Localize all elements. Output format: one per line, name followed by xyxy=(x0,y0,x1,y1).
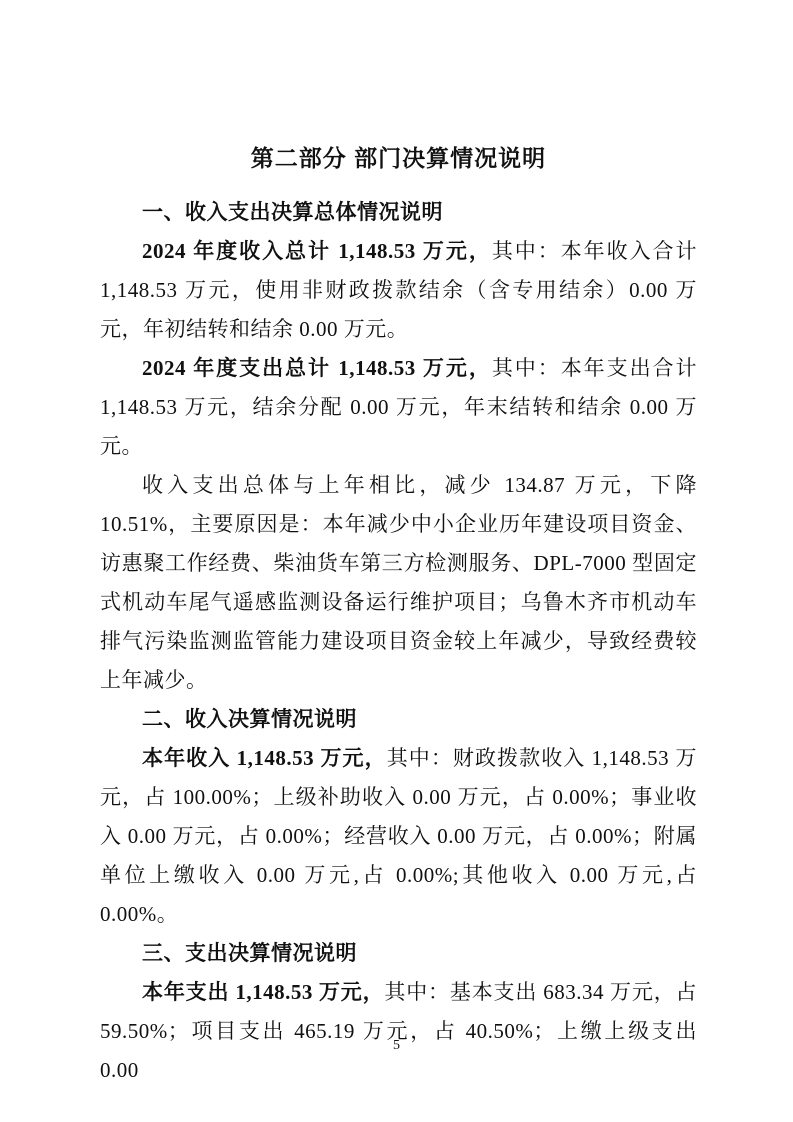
paragraph-body: 收入支出总体与上年相比，减少 134.87 万元，下降 10.51%，主要原因是… xyxy=(100,473,697,692)
document-page: 第二部分 部门决算情况说明 一、收入支出决算总体情况说明 2024 年度收入总计… xyxy=(0,0,793,1122)
page-number: 5 xyxy=(0,1038,793,1054)
document-content: 第二部分 部门决算情况说明 一、收入支出决算总体情况说明 2024 年度收入总计… xyxy=(100,138,697,1090)
paragraph-lead: 本年支出 1,148.53 万元， xyxy=(142,980,384,1004)
paragraph-yearly-comparison: 收入支出总体与上年相比，减少 134.87 万元，下降 10.51%，主要原因是… xyxy=(100,466,697,700)
section-heading-expenditure: 三、支出决算情况说明 xyxy=(100,934,697,973)
section-heading-income: 二、收入决算情况说明 xyxy=(100,700,697,739)
paragraph-lead: 2024 年度支出总计 1,148.53 万元， xyxy=(142,356,492,380)
paragraph-income-detail: 本年收入 1,148.53 万元，其中：财政拨款收入 1,148.53 万元，占… xyxy=(100,739,697,934)
document-title: 第二部分 部门决算情况说明 xyxy=(100,138,697,178)
paragraph-income-total: 2024 年度收入总计 1,148.53 万元，其中：本年收入合计 1,148.… xyxy=(100,232,697,349)
section-heading-overview: 一、收入支出决算总体情况说明 xyxy=(100,193,697,232)
paragraph-lead: 本年收入 1,148.53 万元， xyxy=(142,746,387,770)
paragraph-expenditure-total: 2024 年度支出总计 1,148.53 万元，其中：本年支出合计 1,148.… xyxy=(100,349,697,466)
paragraph-body: 其中：财政拨款收入 1,148.53 万元，占 100.00%；上级补助收入 0… xyxy=(100,746,697,926)
paragraph-lead: 2024 年度收入总计 1,148.53 万元， xyxy=(142,239,492,263)
paragraph-expenditure-detail: 本年支出 1,148.53 万元，其中：基本支出 683.34 万元，占 59.… xyxy=(100,973,697,1090)
